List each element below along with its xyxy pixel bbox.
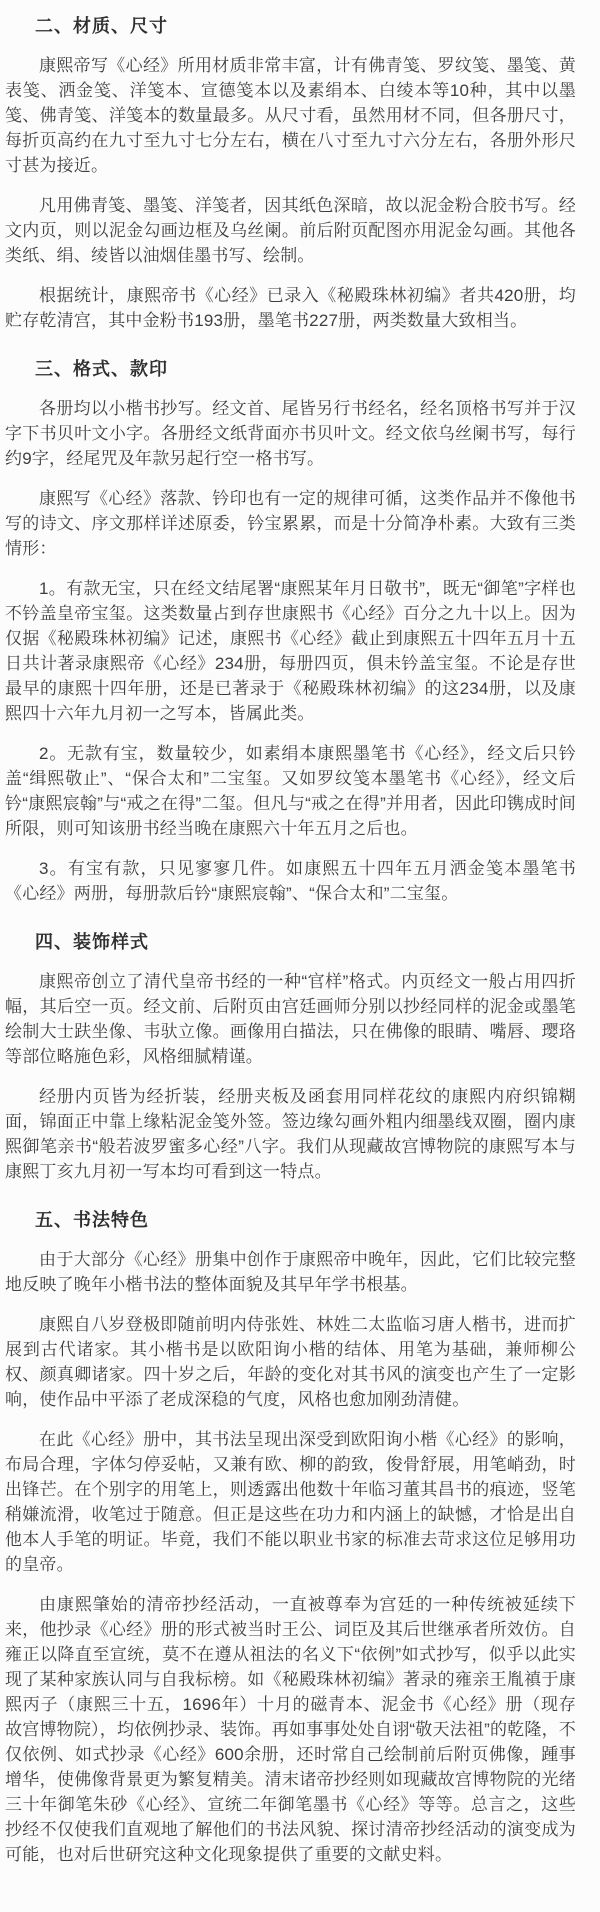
section-calligraphy-features: 五、书法特色 由于大部分《心经》册集中创作于康熙帝中晚年，因此，它们比较完整地反…: [5, 1206, 576, 1867]
list-item-paragraph: 1。有款无宝，只在经文结尾署“康熙某年月日敬书”，既无“御笔”字样也不钤盖皇帝宝…: [5, 576, 576, 726]
paragraph: 康熙写《心经》落款、钤印也有一定的规律可循，这类作品并不像他书写的诗文、序文那样…: [5, 486, 576, 561]
section-heading: 五、书法特色: [35, 1206, 576, 1232]
paragraph: 由于大部分《心经》册集中创作于康熙帝中晚年，因此，它们比较完整地反映了晚年小楷书…: [5, 1247, 576, 1297]
paragraph: 在此《心经》册中，其书法呈现出深受到欧阳询小楷《心经》的影响，布局合理，字体匀停…: [5, 1427, 576, 1577]
paragraph: 经册内页皆为经折装，经册夹板及函套用同样花纹的康熙内府织锦糊面，锦面正中靠上缘粘…: [5, 1084, 576, 1184]
paragraph: 康熙自八岁登极即随前明内侍张姓、林姓二太监临习唐人楷书，进而扩展到古代诸家。其小…: [5, 1312, 576, 1412]
section-heading: 四、装饰样式: [35, 928, 576, 954]
paragraph: 康熙帝写《心经》所用材质非常丰富，计有佛青笺、罗纹笺、墨笺、黄表笺、洒金笺、洋笺…: [5, 53, 576, 178]
paragraph: 康熙帝创立了清代皇帝书经的一种“官样”格式。内页经文一般占用四折幅，其后空一页。…: [5, 969, 576, 1069]
paragraph: 各册均以小楷书抄写。经文首、尾皆另行书经名，经名顶格书写并于汉字下书贝叶文小字。…: [5, 396, 576, 471]
paragraph: 由康熙肇始的清帝抄经活动，一直被尊奉为宫廷的一种传统被延续下来，他抄录《心经》册…: [5, 1592, 576, 1867]
list-item-paragraph: 3。有宝有款，只见寥寥几件。如康熙五十四年五月洒金笺本墨笔书《心经》两册，每册款…: [5, 856, 576, 906]
list-item-paragraph: 2。无款有宝，数量较少，如素绢本康熙墨笔书《心经》，经文后只钤盖“缉熙敬止”、“…: [5, 741, 576, 841]
section-heading: 三、格式、款印: [35, 355, 576, 381]
section-format-seals: 三、格式、款印 各册均以小楷书抄写。经文首、尾皆另行书经名，经名顶格书写并于汉字…: [5, 355, 576, 906]
section-materials-dimensions: 二、材质、尺寸 康熙帝写《心经》所用材质非常丰富，计有佛青笺、罗纹笺、墨笺、黄表…: [5, 12, 576, 333]
paragraph: 根据统计，康熙帝书《心经》已录入《秘殿珠林初编》者共420册，均贮存乾清宫，其中…: [5, 283, 576, 333]
section-heading: 二、材质、尺寸: [35, 12, 576, 38]
paragraph: 凡用佛青笺、墨笺、洋笺者，因其纸色深暗，故以泥金粉合胶书写。经文内页，则以泥金勾…: [5, 193, 576, 268]
section-decoration-style: 四、装饰样式 康熙帝创立了清代皇帝书经的一种“官样”格式。内页经文一般占用四折幅…: [5, 928, 576, 1184]
article-page: 二、材质、尺寸 康熙帝写《心经》所用材质非常丰富，计有佛青笺、罗纹笺、墨笺、黄表…: [0, 0, 600, 1912]
